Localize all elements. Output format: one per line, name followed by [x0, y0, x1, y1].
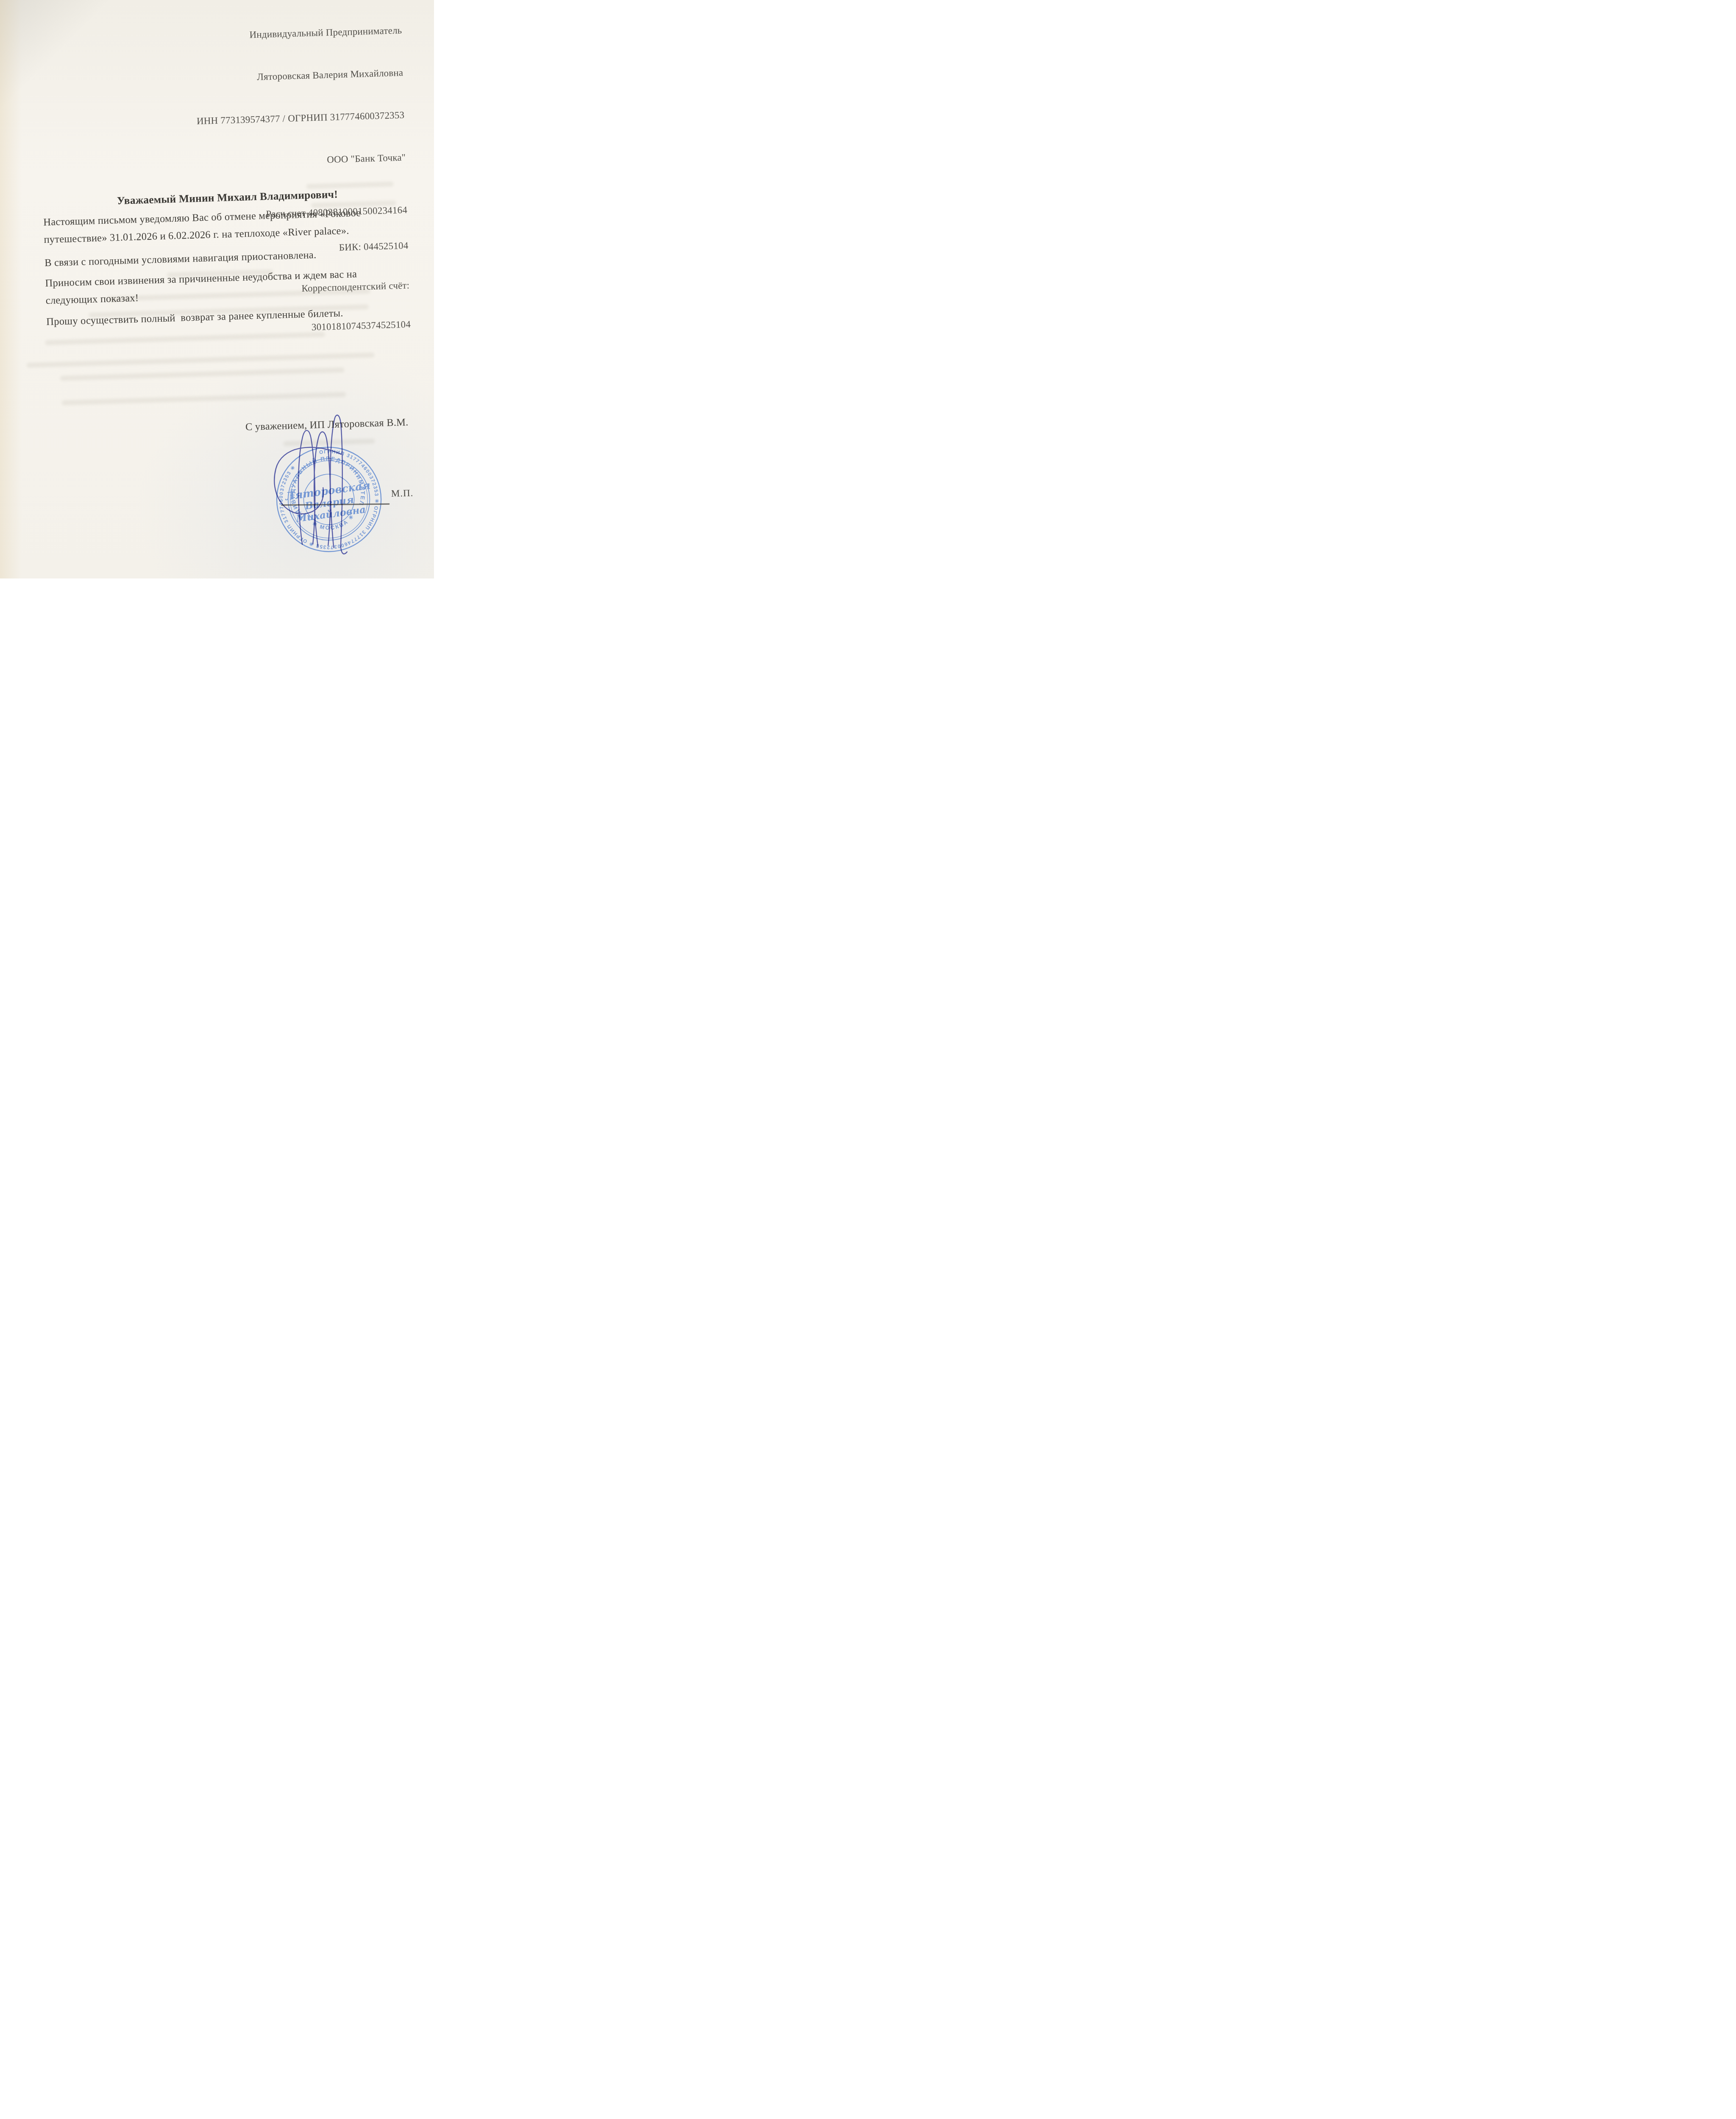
letterhead: Индивидуальный Предприниматель Ляторовск…: [193, 3, 412, 358]
page-content: Индивидуальный Предприниматель Ляторовск…: [0, 0, 434, 578]
handwritten-signature: [225, 401, 425, 567]
letterhead-inn-ogrnip: ИНН 773139574377 / ОГРНИП 31777460037235…: [197, 110, 405, 127]
scanned-letter-sheet: Индивидуальный Предприниматель Ляторовск…: [0, 0, 434, 578]
letterhead-bank-name: ООО "Банк Точка": [198, 152, 406, 170]
ghost-text-line: [60, 367, 344, 381]
signature-tall-stroke: [328, 415, 347, 554]
signature-svg: [225, 401, 425, 567]
letterhead-owner-name: Ляторовская Валерия Михайловна: [195, 67, 403, 85]
signature-big-loop: [273, 446, 343, 514]
ghost-text-line: [62, 392, 346, 405]
letterhead-org-type: Индивидуальный Предприниматель: [194, 25, 402, 42]
signature-strokes: [273, 415, 347, 556]
ghost-text-line: [27, 353, 374, 367]
